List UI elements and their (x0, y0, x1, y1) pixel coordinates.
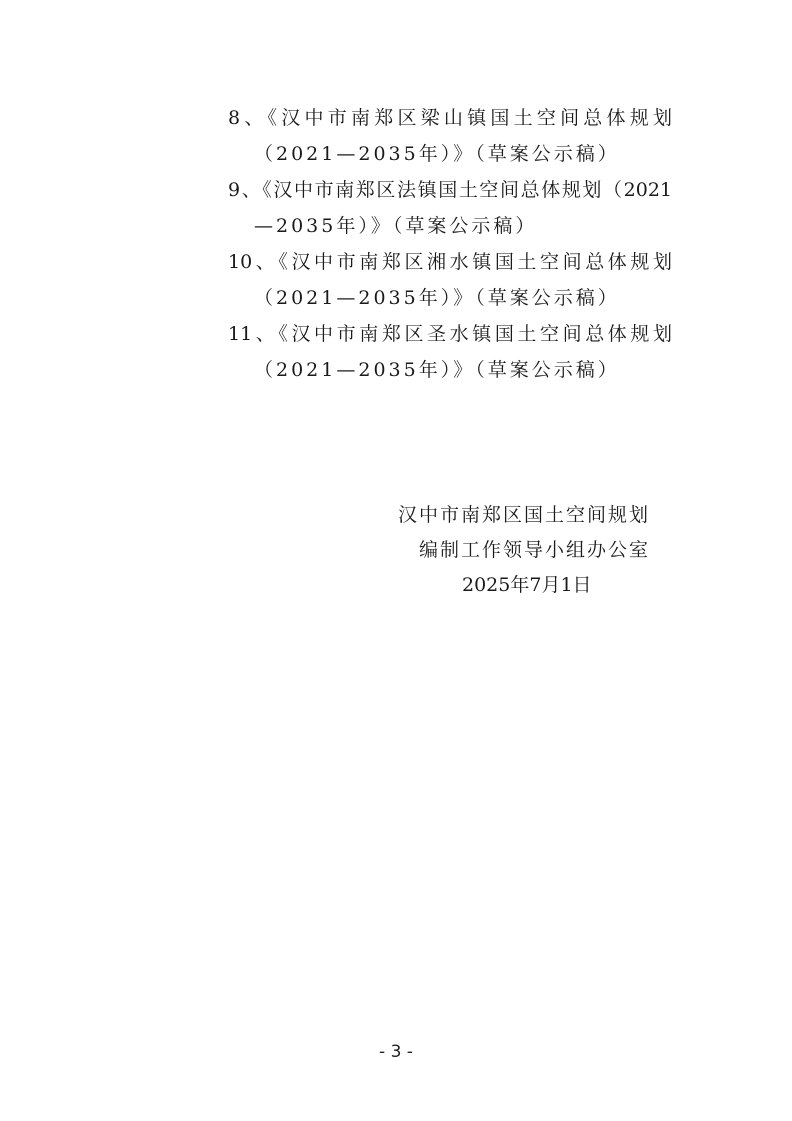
page-number: - 3 - (0, 1042, 792, 1062)
list-item-9-line2: —2035年）》（草案公示稿） (254, 214, 537, 238)
list-item-8-line1: 8、《汉中市南郑区梁山镇国土空间总体规划 (228, 106, 672, 130)
list-item-8-line2: （2021—2035年）》（草案公示稿） (254, 142, 620, 166)
list-item-10-line2: （2021—2035年）》（草案公示稿） (254, 286, 620, 310)
list-item-11-line2: （2021—2035年）》（草案公示稿） (254, 358, 620, 382)
list-item-9-line1: 9、《汉中市南郑区法镇国土空间总体规划（2021 (228, 178, 672, 202)
signature-org-line1: 汉中市南郑区国土空间规划 (398, 503, 650, 527)
signature-org-line2: 编制工作领导小组办公室 (419, 538, 650, 562)
signature-date: 2025年7月1日 (462, 573, 592, 597)
list-item-10-line1: 10、《汉中市南郑区湘水镇国土空间总体规划 (228, 250, 672, 274)
list-item-11-line1: 11、《汉中市南郑区圣水镇国土空间总体规划 (228, 322, 672, 346)
